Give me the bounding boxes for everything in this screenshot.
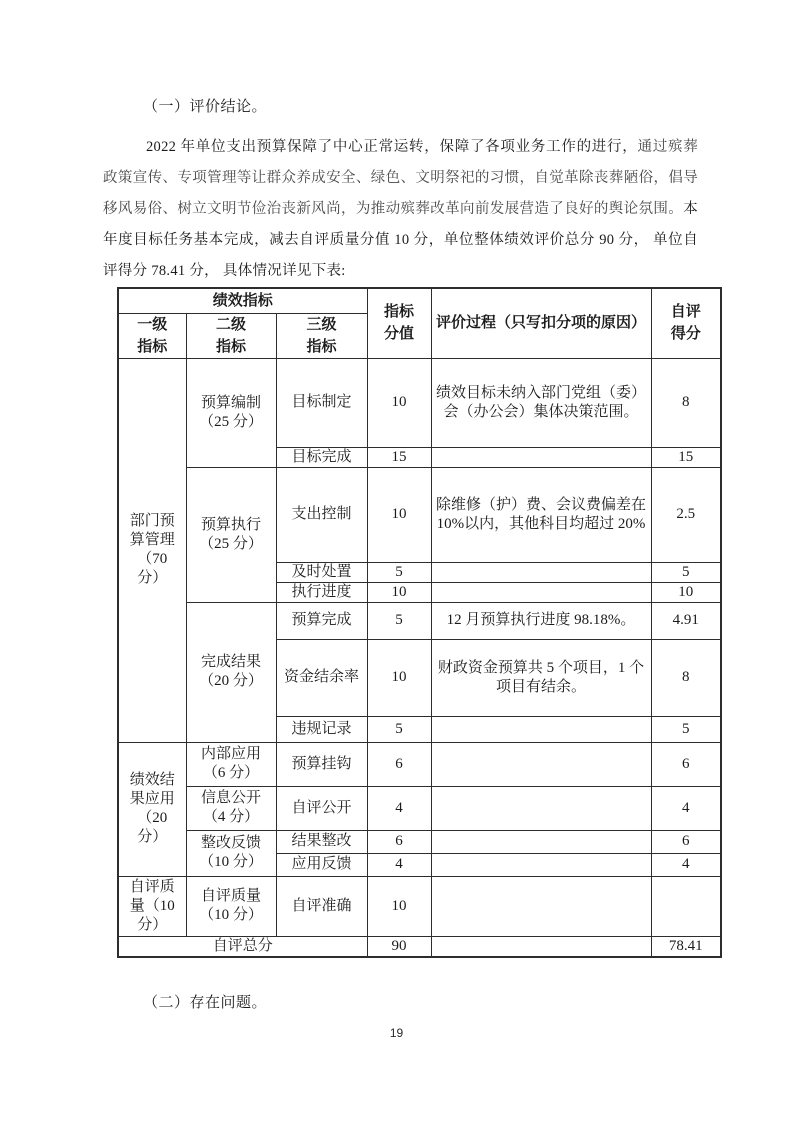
performance-evaluation-table: 绩效指标 指标 分值 评价过程（只写扣分项的原因） 自评 得分 一级 指标 二级…	[117, 287, 722, 958]
process-cell	[431, 447, 651, 467]
total-process-cell	[431, 936, 651, 957]
self-score-cell: 2.5	[651, 467, 721, 562]
table-header-row-1: 绩效指标 指标 分值 评价过程（只写扣分项的原因） 自评 得分	[118, 288, 721, 313]
score-cell: 6	[367, 830, 431, 853]
self-score-cell	[651, 876, 721, 936]
level3-cell: 预算完成	[276, 602, 367, 639]
total-score-cell: 90	[367, 936, 431, 957]
score-cell: 4	[367, 853, 431, 876]
level3-cell: 支出控制	[276, 467, 367, 562]
table-row: 整改反馈 （10 分） 结果整改 6 6	[118, 830, 721, 853]
score-cell: 10	[367, 582, 431, 602]
score-cell: 4	[367, 786, 431, 830]
self-score-cell: 10	[651, 582, 721, 602]
score-cell: 10	[367, 876, 431, 936]
level2-cell-self-eval-quality: 自评质量 （10 分）	[186, 876, 276, 936]
level2-cell-budget-execute: 预算执行 （25 分）	[186, 467, 276, 602]
table-total-row: 自评总分 90 78.41	[118, 936, 721, 957]
level3-cell: 目标完成	[276, 447, 367, 467]
process-cell: 绩效目标未纳入部门党组（委）会（办公会）集体决策范围。	[431, 358, 651, 447]
process-cell	[431, 786, 651, 830]
table-row: 绩效结 果应用 （20 分） 内部应用 （6 分） 预算挂钩 6 6	[118, 742, 721, 786]
level2-cell-completion-result: 完成结果 （20 分）	[186, 602, 276, 742]
self-score-cell: 6	[651, 742, 721, 786]
self-score-cell: 5	[651, 716, 721, 742]
score-cell: 15	[367, 447, 431, 467]
process-cell	[431, 830, 651, 853]
score-cell: 10	[367, 639, 431, 716]
section-heading-problems: （二）存在问题。	[143, 991, 267, 1012]
process-cell	[431, 582, 651, 602]
level3-cell: 违规记录	[276, 716, 367, 742]
self-score-cell: 4	[651, 853, 721, 876]
paragraph-segment-1: 2022 年单位支出预算保障了中心正常运转，保障了各项业务工作的进行，	[146, 139, 638, 155]
score-cell: 10	[367, 467, 431, 562]
self-score-cell: 5	[651, 562, 721, 582]
conclusion-paragraph: 2022 年单位支出预算保障了中心正常运转，保障了各项业务工作的进行，通过殡葬政…	[103, 132, 698, 287]
table-row: 部门预 算管理 （70 分） 预算编制 （25 分） 目标制定 10 绩效目标未…	[118, 358, 721, 447]
process-cell	[431, 562, 651, 582]
section-heading-conclusion: （一）评价结论。	[143, 95, 267, 116]
level2-cell-budget-compile: 预算编制 （25 分）	[186, 358, 276, 467]
score-cell: 10	[367, 358, 431, 447]
process-cell	[431, 716, 651, 742]
table-row: 完成结果 （20 分） 预算完成 5 12 月预算执行进度 98.18%。 4.…	[118, 602, 721, 639]
level3-cell: 预算挂钩	[276, 742, 367, 786]
process-cell: 12 月预算执行进度 98.18%。	[431, 602, 651, 639]
header-evaluation-process: 评价过程（只写扣分项的原因）	[431, 288, 651, 358]
score-cell: 5	[367, 716, 431, 742]
total-label-cell: 自评总分	[118, 936, 367, 957]
level2-cell-info-disclosure: 信息公开 （4 分）	[186, 786, 276, 830]
level3-cell: 应用反馈	[276, 853, 367, 876]
level1-cell-self-eval-quality: 自评质 量（10 分）	[118, 876, 186, 936]
process-cell: 财政资金预算共 5 个项目，1 个项目有结余。	[431, 639, 651, 716]
header-level2-indicator: 二级 指标	[186, 313, 276, 358]
table-row: 信息公开 （4 分） 自评公开 4 4	[118, 786, 721, 830]
header-level1-indicator: 一级 指标	[118, 313, 186, 358]
self-score-cell: 4	[651, 786, 721, 830]
level3-cell: 资金结余率	[276, 639, 367, 716]
level3-cell: 结果整改	[276, 830, 367, 853]
self-score-cell: 15	[651, 447, 721, 467]
level3-cell: 执行进度	[276, 582, 367, 602]
total-self-score-cell: 78.41	[651, 936, 721, 957]
level2-cell-rectify-feedback: 整改反馈 （10 分）	[186, 830, 276, 876]
self-score-cell: 4.91	[651, 602, 721, 639]
score-cell: 5	[367, 562, 431, 582]
self-score-cell: 8	[651, 639, 721, 716]
header-perf-indicators: 绩效指标	[118, 288, 367, 313]
score-cell: 5	[367, 602, 431, 639]
header-indicator-score: 指标 分值	[367, 288, 431, 358]
process-cell	[431, 742, 651, 786]
table-row: 预算执行 （25 分） 支出控制 10 除维修（护）费、会议费偏差在 10%以内…	[118, 467, 721, 562]
process-cell: 除维修（护）费、会议费偏差在 10%以内，其他科目均超过 20%	[431, 467, 651, 562]
self-score-cell: 6	[651, 830, 721, 853]
table-row: 自评质 量（10 分） 自评质量 （10 分） 自评准确 10	[118, 876, 721, 936]
document-page: （一）评价结论。 2022 年单位支出预算保障了中心正常运转，保障了各项业务工作…	[0, 0, 793, 1122]
header-self-score: 自评 得分	[651, 288, 721, 358]
level1-cell-result-application: 绩效结 果应用 （20 分）	[118, 742, 186, 876]
level3-cell: 自评公开	[276, 786, 367, 830]
level3-cell: 及时处置	[276, 562, 367, 582]
level1-cell-dept-budget: 部门预 算管理 （70 分）	[118, 358, 186, 742]
header-level3-indicator: 三级 指标	[276, 313, 367, 358]
self-score-cell: 8	[651, 358, 721, 447]
level3-cell: 目标制定	[276, 358, 367, 447]
process-cell	[431, 876, 651, 936]
page-number: 19	[0, 1026, 793, 1040]
level3-cell: 自评准确	[276, 876, 367, 936]
level2-cell-internal-application: 内部应用 （6 分）	[186, 742, 276, 786]
score-cell: 6	[367, 742, 431, 786]
process-cell	[431, 853, 651, 876]
